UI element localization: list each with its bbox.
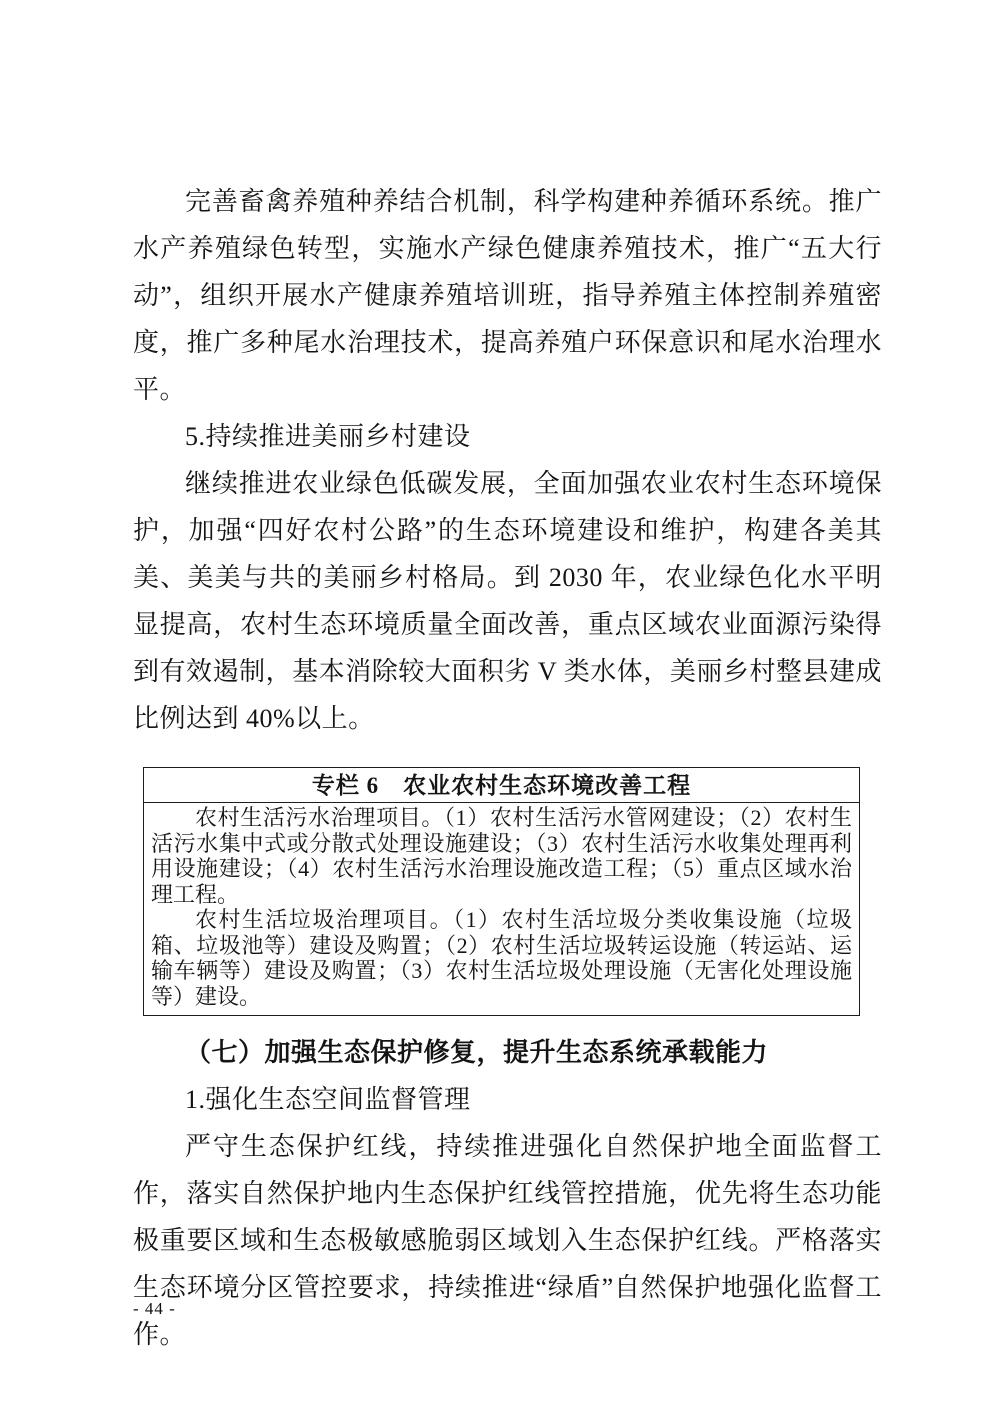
box-paragraph-sewage: 农村生活污水治理项目。（1）农村生活污水管网建设；（2）农村生活污水集中式或分散… (151, 805, 852, 907)
column-6-box-body: 农村生活污水治理项目。（1）农村生活污水管网建设；（2）农村生活污水集中式或分散… (144, 803, 859, 1015)
heading-section-5-beautiful-villages: 5.持续推进美丽乡村建设 (133, 413, 882, 460)
paragraph-aquaculture: 完善畜禽养殖种养结合机制，科学构建种养循环系统。推广水产养殖绿色转型，实施水产绿… (133, 178, 882, 413)
heading-item-1-ecological-space: 1.强化生态空间监督管理 (133, 1076, 882, 1123)
heading-section-7-ecological-protection: （七）加强生态保护修复，提升生态系统承载能力 (133, 1029, 882, 1076)
paragraph-green-agriculture: 继续推进农业绿色低碳发展，全面加强农业农村生态环境保护，加强“四好农村公路”的生… (133, 460, 882, 742)
box-paragraph-garbage: 农村生活垃圾治理项目。（1）农村生活垃圾分类收集设施（垃圾箱、垃圾池等）建设及购… (151, 907, 852, 1009)
column-6-box-title: 专栏 6 农业农村生态环境改善工程 (144, 768, 859, 803)
page-content: 完善畜禽养殖种养结合机制，科学构建种养循环系统。推广水产养殖绿色转型，实施水产绿… (133, 178, 882, 1358)
page-number: - 44 - (133, 1299, 176, 1319)
column-6-box: 专栏 6 农业农村生态环境改善工程 农村生活污水治理项目。（1）农村生活污水管网… (143, 767, 860, 1016)
document-page: 完善畜禽养殖种养结合机制，科学构建种养循环系统。推广水产养殖绿色转型，实施水产绿… (0, 0, 1000, 1414)
paragraph-red-line: 严守生态保护红线，持续推进强化自然保护地全面监督工作，落实自然保护地内生态保护红… (133, 1123, 882, 1358)
